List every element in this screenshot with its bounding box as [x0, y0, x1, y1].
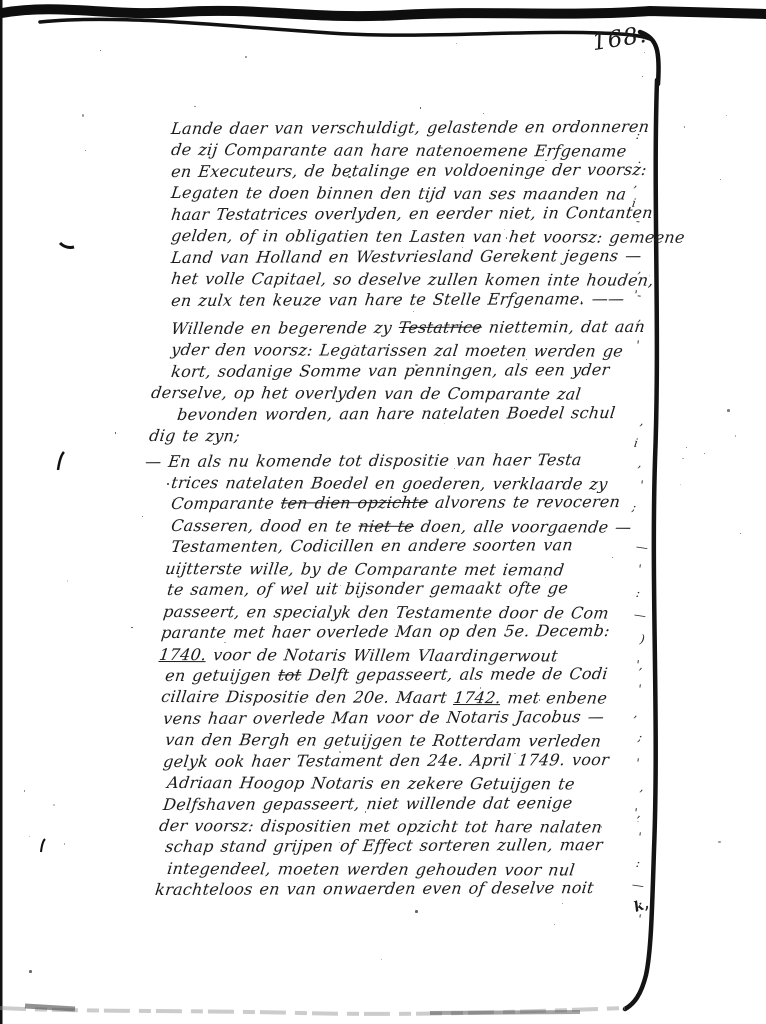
photocopy-speck	[740, 533, 741, 534]
photocopy-speck	[704, 453, 705, 454]
photocopy-speck	[394, 629, 395, 630]
text-line: Delfshaven gepasseert, niet willende dat…	[162, 791, 651, 815]
photocopy-speck	[642, 76, 643, 77]
text-line: gelyk ook haer Testament den 24e. April …	[162, 749, 651, 773]
scanned-manuscript-page: 168. Lande daer van verschuldigt, gelast…	[0, 0, 766, 1024]
left-edge-line	[0, 0, 3, 1024]
text-line: bevonden worden, aan hare natelaten Boed…	[176, 402, 651, 425]
photocopy-speck	[545, 160, 546, 161]
photocopy-speck	[601, 826, 602, 827]
photocopy-speck	[644, 52, 645, 53]
photocopy-speck	[354, 345, 355, 346]
photocopy-speck	[381, 959, 382, 960]
photocopy-speck	[686, 447, 687, 448]
photocopy-speck	[142, 516, 143, 517]
photocopy-speck	[727, 409, 730, 412]
text-line: haar Testatrices overlyden, en eerder ni…	[170, 202, 651, 226]
photocopy-speck	[684, 126, 685, 127]
photocopy-speck	[365, 811, 366, 812]
photocopy-speck	[167, 483, 168, 484]
text-line: parante met haer overlede Man op den 5e.…	[160, 620, 651, 644]
text-line: en zulx ten keuze van hare te Stelle Erf…	[170, 287, 651, 311]
photocopy-speck	[562, 903, 563, 904]
photocopy-speck	[554, 924, 555, 925]
photocopy-speck	[720, 179, 721, 180]
photocopy-speck	[581, 301, 582, 302]
text-line: dig te zyn;	[148, 425, 650, 448]
photocopy-speck	[539, 699, 540, 700]
text-line: schap stand grijpen of Effect sorteren z…	[164, 834, 651, 858]
photocopy-speck	[245, 56, 246, 57]
photocopy-speck	[224, 642, 225, 643]
text-line: Comparante ten dien opzichte alvorens te…	[170, 491, 651, 515]
photocopy-speck	[131, 627, 132, 628]
photocopy-speck	[406, 258, 409, 261]
text-line: te samen, of wel uit bijsonder gemaakt o…	[166, 577, 651, 601]
photocopy-speck	[456, 43, 457, 44]
photocopy-speck	[483, 113, 484, 114]
photocopy-speck	[726, 115, 727, 116]
margin-mark: —	[633, 607, 647, 623]
text-line: en getuijgen tot Delft gepasseert, als m…	[164, 663, 651, 687]
text-line: — En als nu komende tot dispositie van h…	[144, 448, 651, 472]
paragraph: — En als nu komende tot dispositie van h…	[170, 451, 648, 901]
photocopy-speck	[682, 458, 683, 459]
photocopy-speck	[590, 630, 591, 631]
photocopy-speck	[680, 484, 681, 485]
photocopy-speck	[85, 150, 86, 151]
photocopy-speck	[407, 698, 408, 699]
text-line: krachteloos en van onwaerden even of des…	[154, 877, 651, 901]
photocopy-speck	[29, 836, 30, 837]
margin-mark: —	[631, 877, 645, 893]
photocopy-speck	[100, 50, 101, 51]
text-line: kort, sodanige Somme van penningen, als …	[170, 359, 651, 383]
text-line: Willende en begerende zy Testatrice niet…	[170, 316, 651, 340]
photocopy-speck	[29, 970, 32, 973]
photocopy-speck	[64, 843, 65, 844]
text-line: Lande daer van verschuldigt, gelastende …	[170, 116, 651, 140]
photocopy-speck	[194, 106, 195, 107]
text-line: en Executeurs, de betalinge en voldoenin…	[170, 159, 651, 183]
folio-number: 168.	[590, 22, 649, 56]
photocopy-speck	[415, 910, 418, 913]
photocopy-speck	[53, 804, 56, 807]
photocopy-speck	[735, 435, 736, 436]
text-line: vens haar overlede Man voor de Notaris J…	[162, 706, 651, 730]
photocopy-speck	[506, 237, 507, 238]
manuscript-text: Lande daer van verschuldigt, gelastende …	[170, 118, 648, 901]
photocopy-speck	[67, 580, 68, 581]
margin-mark: —	[635, 539, 649, 555]
paragraph: Lande daer van verschuldigt, gelastende …	[170, 118, 648, 311]
photocopy-speck	[612, 557, 613, 558]
photocopy-speck	[82, 114, 85, 117]
photocopy-speck	[420, 107, 421, 108]
photocopy-speck	[545, 577, 546, 578]
photocopy-speck	[514, 753, 515, 754]
text-line: Testamenten, Codicillen en andere soorte…	[170, 534, 651, 558]
photocopy-speck	[115, 432, 116, 433]
paragraph: Willende en begerende zy Testatrice niet…	[170, 318, 648, 447]
text-line: Land van Holland en Westvriesland Gereke…	[170, 245, 651, 269]
photocopy-speck	[24, 790, 25, 791]
photocopy-speck	[718, 841, 721, 844]
